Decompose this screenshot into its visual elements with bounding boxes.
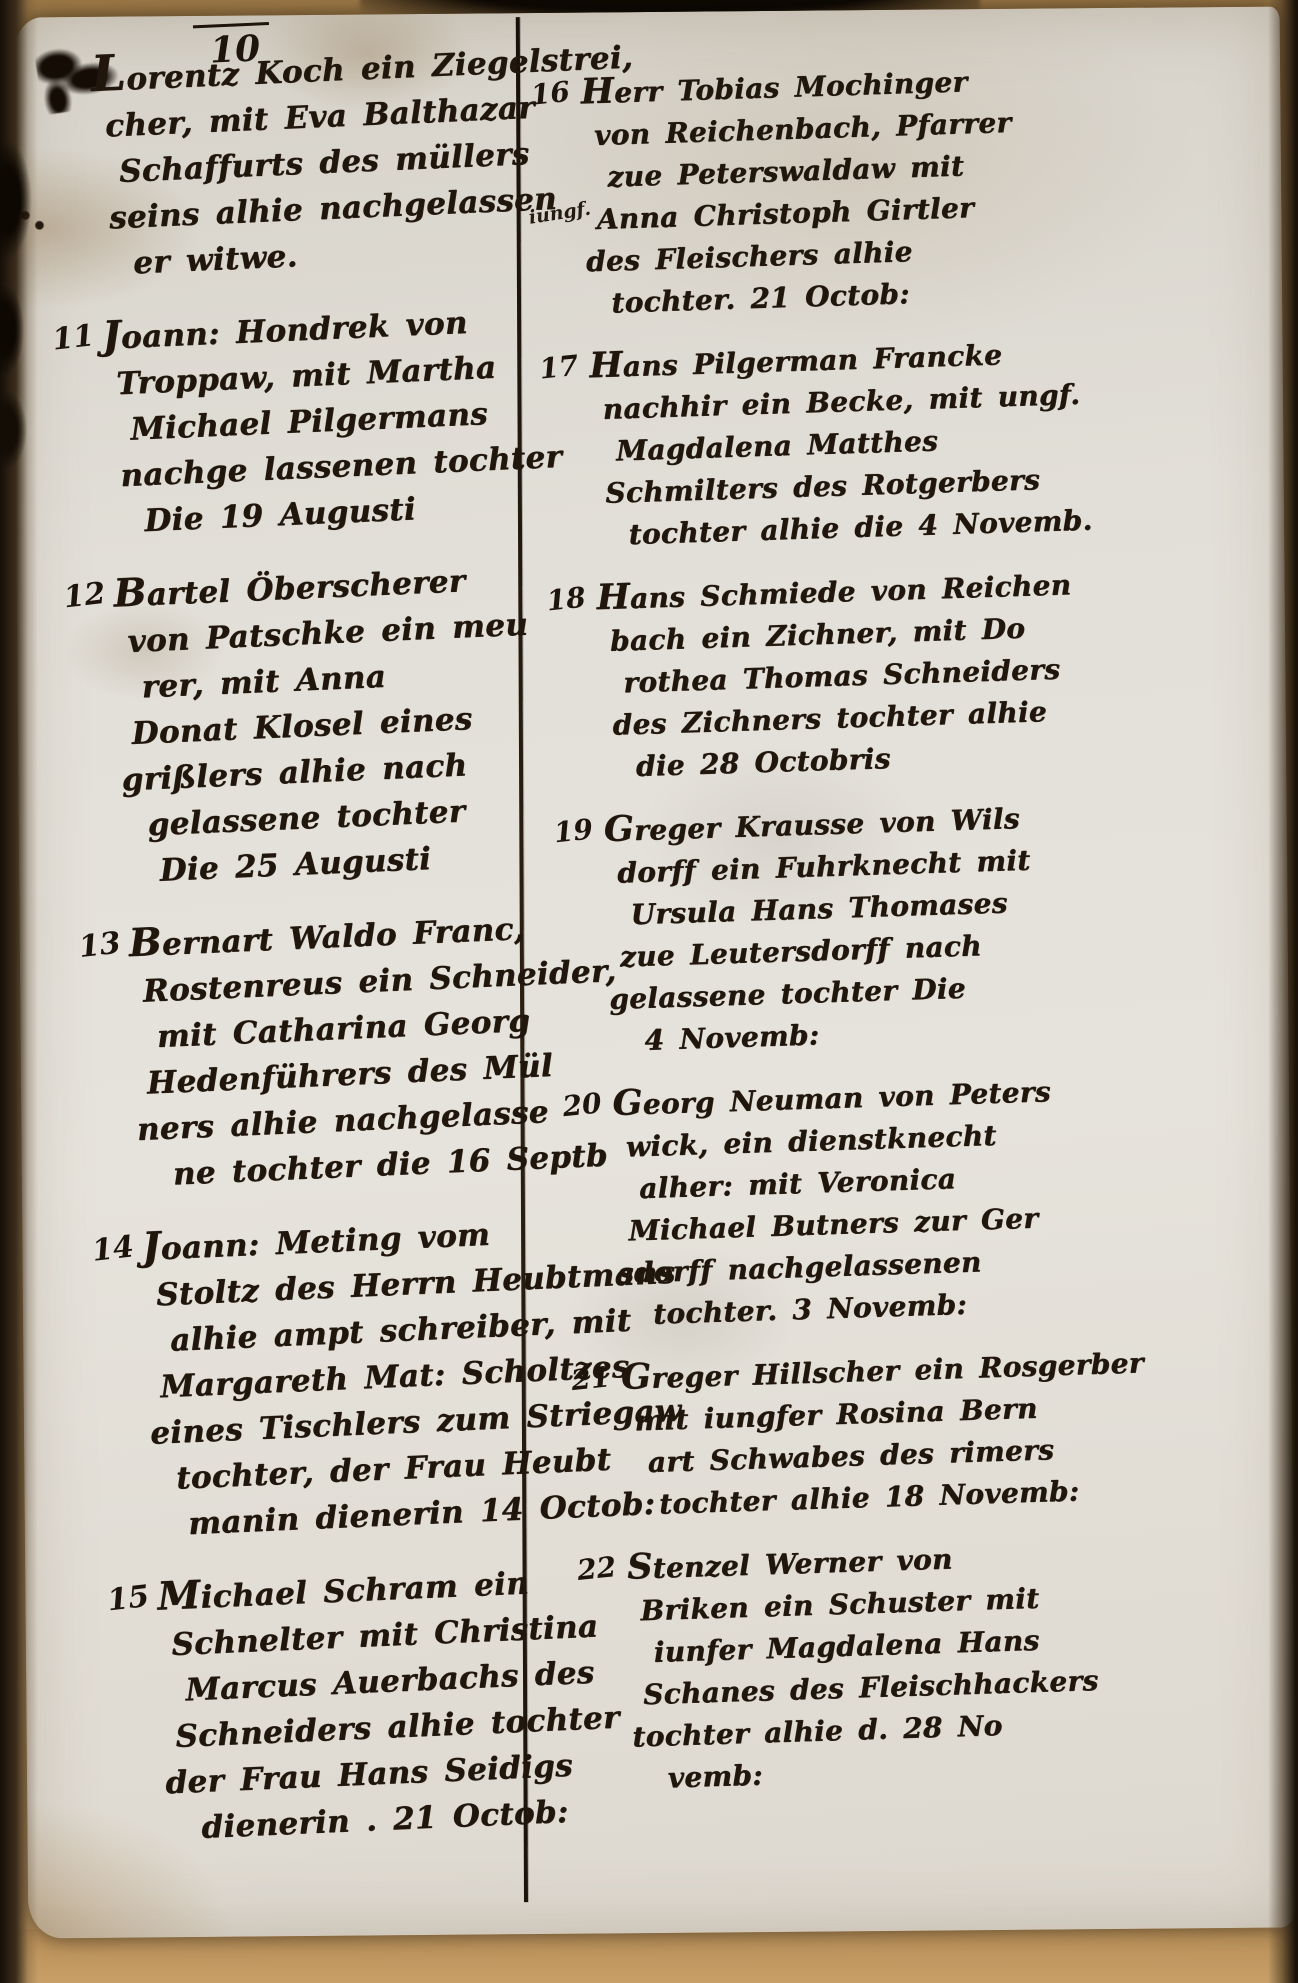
register-entry: Lorentz Koch ein Ziegelstrei,cher, mit E… [40,34,502,290]
register-entry: 12 Bartel Öberscherervon Patschke ein me… [63,554,529,897]
entry-number: 14 [90,1223,145,1274]
entry-number: 22 [575,1545,629,1592]
register-entry: 18 Hans Schmiede von Reichenbach ein Zic… [546,555,1294,790]
register-entry: 16 Herr Tobias Mochingervon Reichenbach,… [530,50,1280,327]
register-page: 10 Lorentz Koch ein Ziegelstrei,cher, mi… [12,7,1297,1939]
entry-lines: Michael Schram einSchnelter mit Christin… [156,1555,624,1853]
page-edge-shadow [1268,0,1298,1983]
binding-edge-shadow [0,0,38,1983]
entry-lines: Stenzel Werner vonBriken ein Schuster mi… [626,1525,1298,1801]
entry-number: 18 [545,576,599,623]
register-entry: 22 Stenzel Werner vonBriken ein Schuster… [577,1525,1298,1802]
entry-number: 12 [61,570,116,621]
entry-lines: Herr Tobias Mochingervon Reichenbach, Pf… [580,50,1280,326]
entry-number: 15 [105,1573,160,1624]
entry-lines: Joann: Hondrek vonTroppaw, mit MarthaMic… [101,294,565,546]
entry-number: 13 [76,920,131,971]
book-cover-board [0,1929,1298,1983]
register-entry: 11 Joann: Hondrek vonTroppaw, mit Martha… [51,296,513,547]
entry-number: 20 [561,1081,615,1128]
entry-lines: Hans Schmiede von Reichenbach ein Zichne… [596,555,1294,789]
entry-lines: Hans Pilgerman Franckenachhir ein Becke,… [589,324,1287,558]
entry-number: 11 [50,312,105,363]
left-column: Lorentz Koch ein Ziegelstrei,cher, mit E… [40,34,571,1881]
entry-number: 21 [569,1355,623,1402]
entry-number: 16 [529,70,583,117]
entry-number: 19 [552,807,606,854]
register-entry: 14 Joann: Meting vomStoltz des Herrn Heu… [91,1207,557,1550]
entry-lines: Greger Hillscher ein Rosgerbermit iungfe… [621,1335,1298,1527]
register-entry: 21 Greger Hillscher ein Rosgerbermit iun… [571,1335,1298,1528]
entry-number: 17 [537,344,591,391]
register-entry: 19 Greger Krausse von Wilsdorff ein Fuhr… [553,787,1298,1064]
entry-lines: Bernart Waldo Franc,Rostenreus ein Schne… [128,900,625,1199]
register-entry: 20 Georg Neuman von Peterswick, ein dien… [562,1061,1298,1338]
register-entry: 17 Hans Pilgerman Franckenachhir ein Bec… [539,324,1287,559]
right-column: 16 Herr Tobias Mochingervon Reichenbach,… [530,50,1298,1822]
entry-lines: Georg Neuman von Peterswick, ein dienstk… [612,1061,1298,1337]
entry-lines: Bartel Öberscherervon Patschke ein meure… [113,554,539,896]
margin-note: iungf. [527,198,592,229]
register-entry: 15 Michael Schram einSchnelter mit Chris… [106,1557,570,1854]
manuscript-photo: 10 Lorentz Koch ein Ziegelstrei,cher, mi… [0,0,1298,1983]
register-entry: 13 Bernart Waldo Franc,Rostenreus ein Sc… [78,904,542,1201]
entry-lines: Greger Krausse von Wilsdorff ein Fuhrkne… [603,787,1298,1063]
